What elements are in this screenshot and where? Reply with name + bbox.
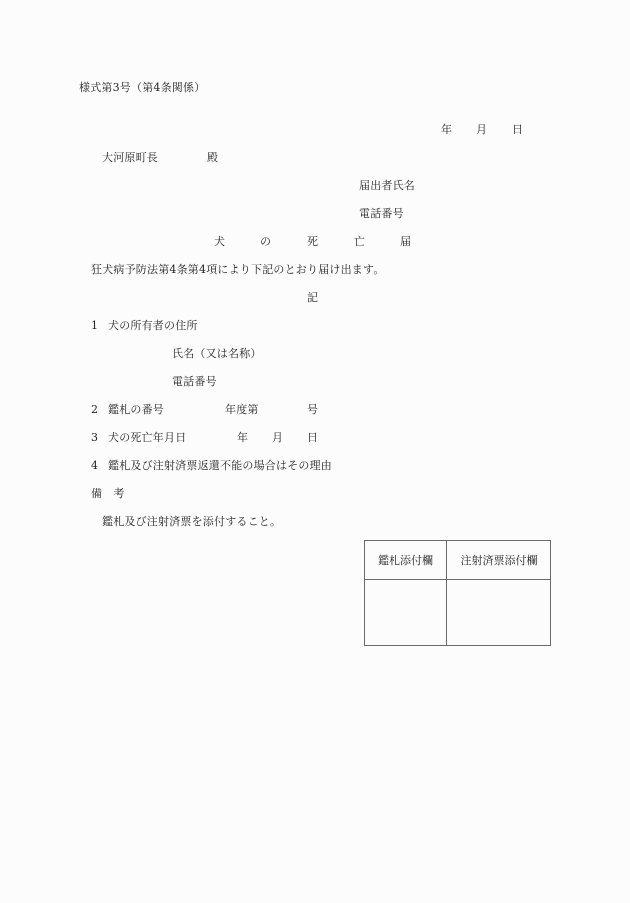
tag-number-label: 鑑札の番号 [108, 404, 164, 415]
item-number: 4 [91, 460, 98, 471]
ki-label: 記 [307, 292, 318, 303]
owner-name-label: 氏名（又は名称） [172, 348, 262, 359]
death-year-label: 年 [237, 432, 248, 443]
document-title: 犬 の 死 亡 届 [0, 236, 630, 250]
tag-number-suffix: 号 [307, 404, 318, 415]
vaccination-ticket-attach-header: 注射済票添付欄 [447, 555, 551, 566]
non-return-reason-label: 鑑札及び注射済票返還不能の場合はその理由 [108, 460, 332, 471]
addressee-name: 大河原町長 [102, 152, 158, 163]
date-year-label: 年 [441, 124, 452, 135]
date-day-label: 日 [512, 124, 523, 135]
remarks-text: 鑑札及び注射済票を添付すること。 [102, 516, 281, 527]
title-char: 亡 [354, 236, 365, 247]
death-date-label: 犬の死亡年月日 [108, 432, 186, 443]
tag-attach-cell [365, 580, 446, 645]
applicant-phone-label: 電話番号 [359, 208, 404, 219]
death-month-label: 月 [272, 432, 283, 443]
item-number: 2 [91, 404, 98, 415]
tag-attach-header: 鑑札添付欄 [365, 555, 446, 566]
title-char: 犬 [214, 236, 225, 247]
vaccination-ticket-attach-cell [447, 580, 550, 645]
title-char: 届 [400, 236, 411, 247]
remarks-heading: 備 考 [91, 488, 125, 499]
addressee-honorific: 殿 [207, 152, 218, 163]
form-number: 様式第3号（第4条関係） [79, 82, 205, 93]
date-month-label: 月 [476, 124, 487, 135]
owner-phone-label: 電話番号 [172, 376, 217, 387]
tag-fiscal-year-label: 年度第 [225, 404, 259, 415]
item-number: 3 [91, 432, 98, 443]
applicant-name-label: 届出者氏名 [359, 180, 415, 191]
attachment-table: 鑑札添付欄 注射済票添付欄 [364, 540, 551, 646]
intro-text: 狂犬病予防法第4条第4項により下記のとおり届け出ます。 [91, 264, 385, 275]
title-char: の [260, 236, 271, 247]
death-day-label: 日 [307, 432, 318, 443]
title-char: 死 [307, 236, 318, 247]
item-number: 1 [91, 320, 98, 331]
owner-address-label: 犬の所有者の住所 [108, 320, 198, 331]
